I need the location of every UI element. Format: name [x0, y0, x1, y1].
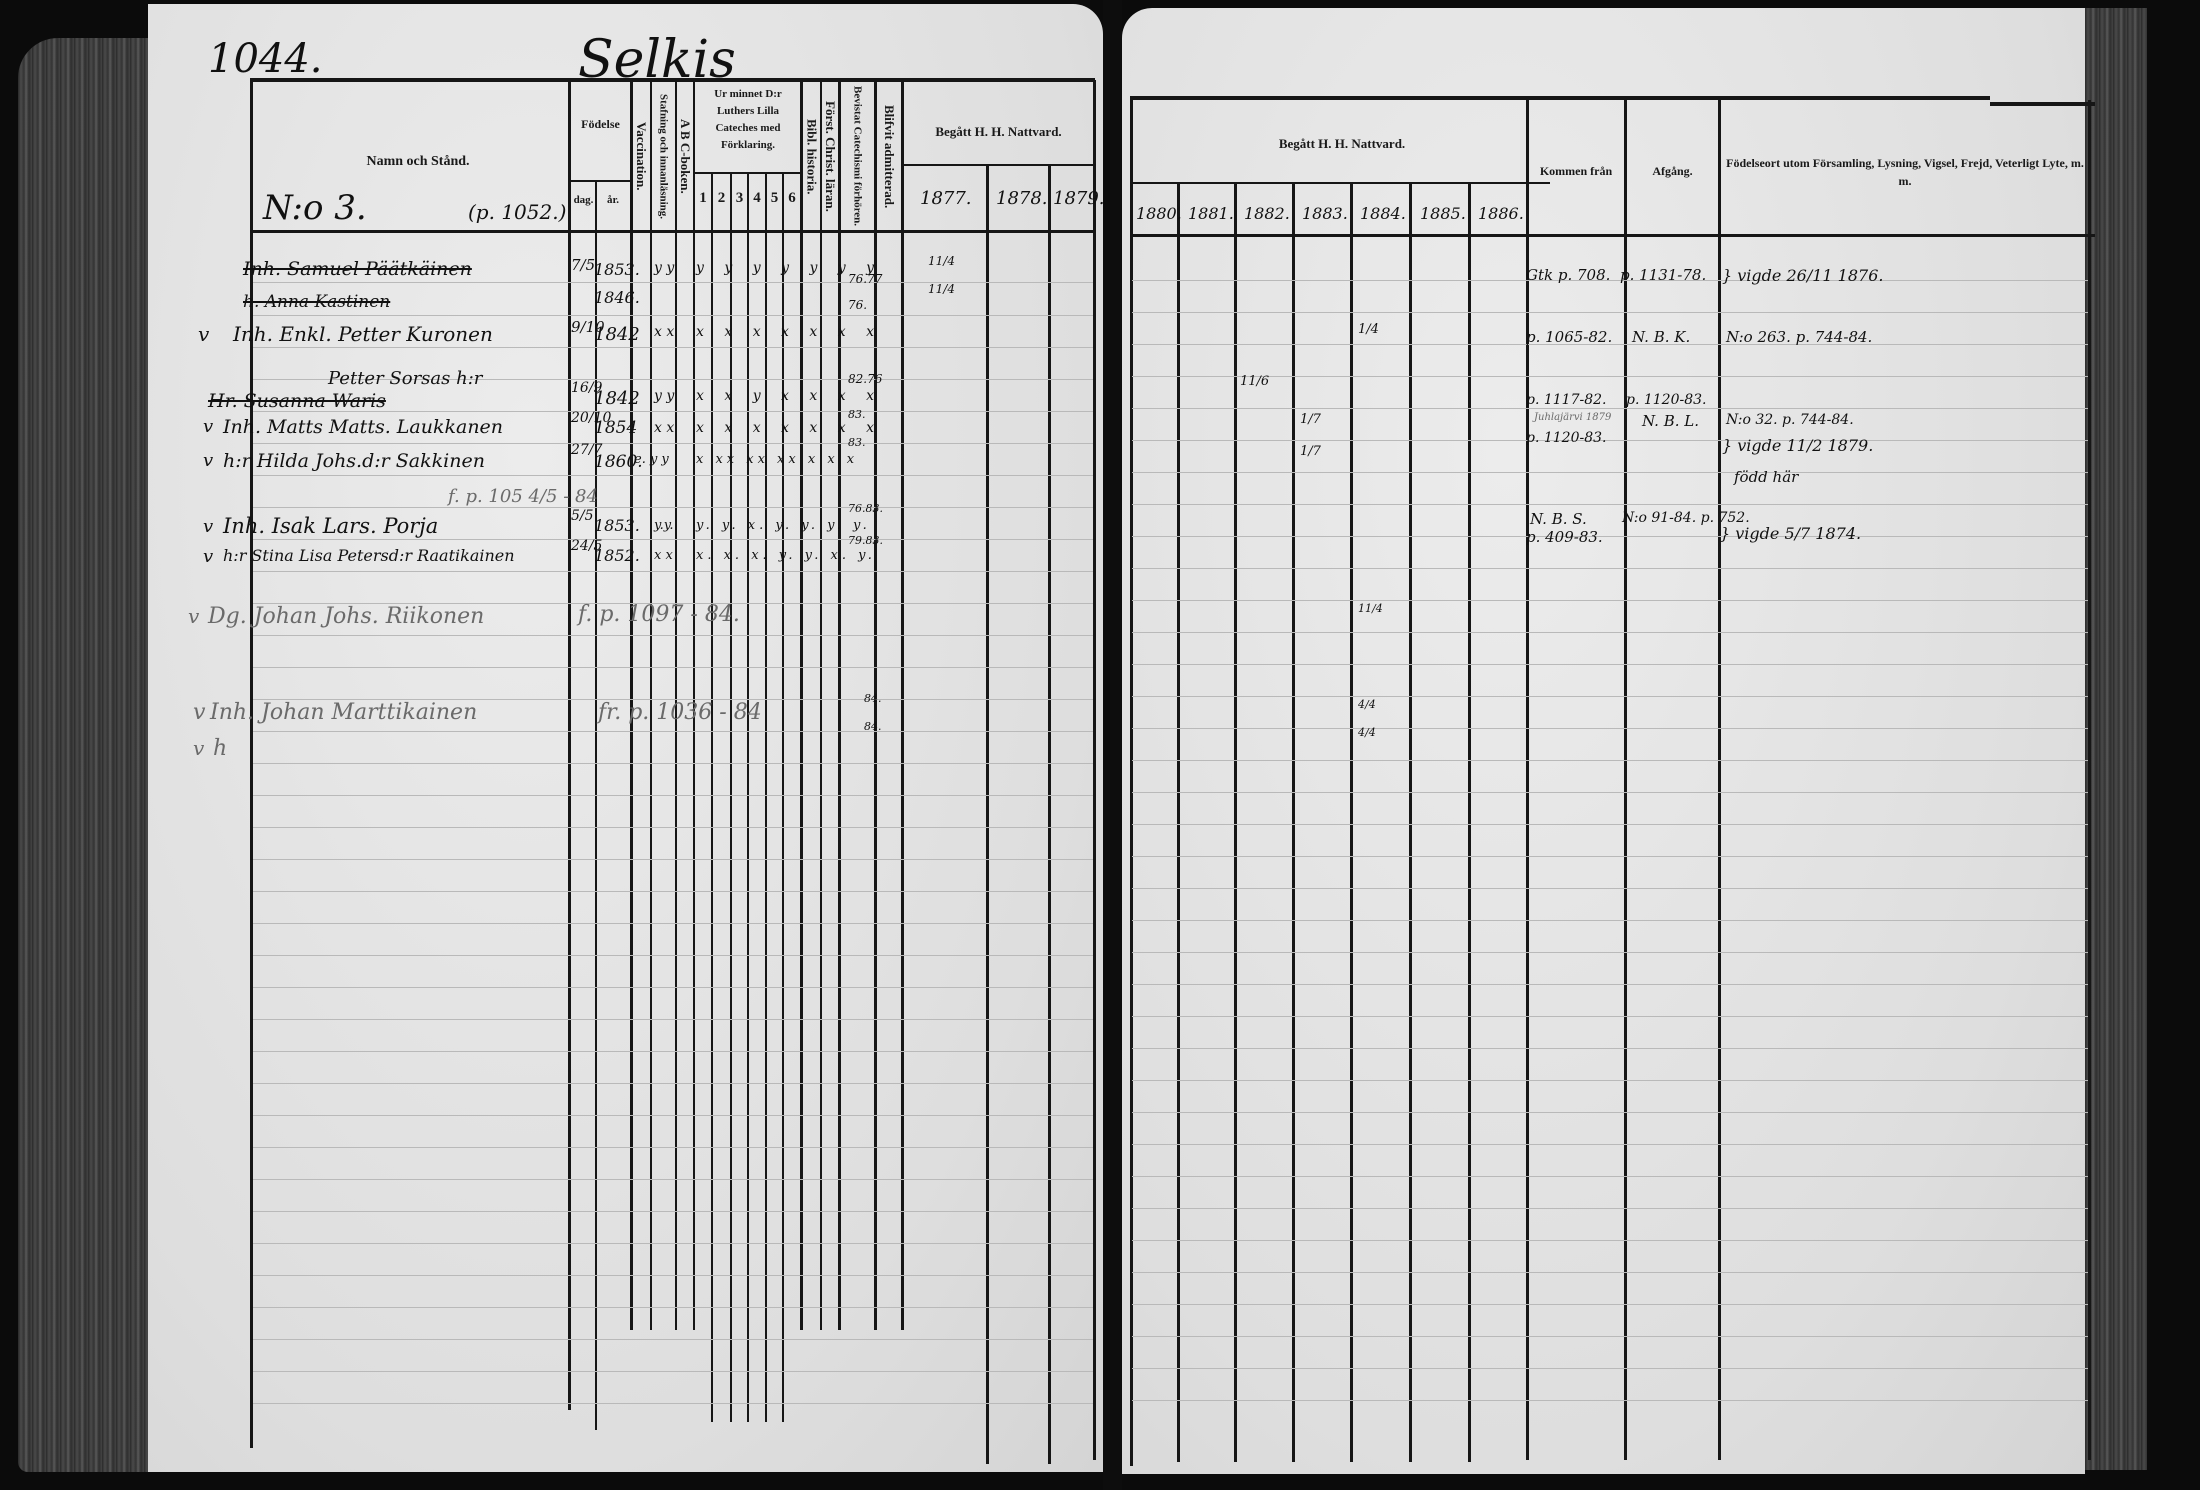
- ruled-line: [253, 795, 1093, 796]
- ruled-line: [1132, 632, 2088, 633]
- reading-mark: x x: [654, 548, 673, 563]
- ruled-line: [253, 635, 1093, 636]
- table-right-border: [1093, 80, 1096, 1460]
- reading-mark: y.y.: [654, 518, 674, 533]
- header-birth-year: år.: [598, 194, 628, 206]
- check-mark: v: [193, 736, 204, 760]
- header-year-1882: 1882.: [1244, 204, 1290, 223]
- header-admitted: Blifvit admitterad.: [877, 84, 901, 229]
- person-name: Inh. Isak Lars. Porja: [223, 514, 438, 538]
- ruled-line: [253, 1083, 1093, 1084]
- y1883-divider: [1350, 182, 1353, 1462]
- birth-year: 1854: [594, 418, 637, 438]
- catechism-marks: x x y x x x x: [696, 388, 882, 404]
- table-right-border: [2088, 100, 2091, 1460]
- ruled-line: [253, 475, 1093, 476]
- y1877-divider: [986, 164, 989, 1464]
- y1884-divider: [1409, 182, 1412, 1462]
- y1881-divider: [1234, 182, 1237, 1462]
- communion-mark: 4/4: [1358, 726, 1376, 739]
- check-mark: v: [203, 516, 213, 537]
- ruled-line: [1132, 1240, 2088, 1241]
- header-year-1878: 1878.: [996, 188, 1048, 209]
- admitted-col-divider: [901, 80, 904, 1330]
- ruled-line: [253, 1275, 1093, 1276]
- check-mark: v: [193, 700, 205, 725]
- remarks: N:o 263. p. 744-84.: [1726, 328, 1872, 346]
- transfer-note: fr. p. 1036 - 84: [598, 700, 762, 725]
- ruled-line: [1132, 568, 2088, 569]
- y1882-divider: [1292, 182, 1295, 1462]
- reading-mark: x x: [654, 324, 674, 340]
- header-year-1884: 1884.: [1360, 204, 1406, 223]
- ruled-line: [253, 347, 1093, 348]
- catechism-marks: x xx xx xx x x x: [696, 452, 858, 467]
- header-cat-2: 2: [713, 190, 730, 207]
- ruled-line: [1132, 600, 2088, 601]
- table-left-border: [1130, 96, 1133, 1466]
- ruled-line: [253, 667, 1093, 668]
- hearings: 83.: [848, 436, 866, 449]
- communion-mark: 11/4: [1358, 602, 1383, 615]
- ruled-line: [1132, 1016, 2088, 1017]
- header-communion: Begått H. H. Nattvard.: [1152, 136, 1532, 152]
- hearings: 84.: [864, 692, 882, 705]
- ruled-line: [1132, 312, 2088, 313]
- ruled-line: [1132, 920, 2088, 921]
- person-name: Dg. Johan Johs. Riikonen: [208, 604, 484, 629]
- communion-mark: 1/7: [1300, 444, 1321, 459]
- cat2-divider: [730, 172, 732, 1422]
- person-name: Inh. Matts Matts. Laukkanen: [223, 416, 503, 438]
- ruled-line: [1132, 408, 2088, 409]
- birth-year: 1853.: [594, 260, 640, 279]
- remarks: } vigde 26/11 1876.: [1722, 266, 1883, 285]
- check-mark: v: [188, 604, 199, 628]
- header-bottom-border: [250, 230, 1095, 233]
- ruled-line: [253, 571, 1093, 572]
- ruled-line: [253, 987, 1093, 988]
- header-year-1880: 1880.: [1136, 204, 1182, 223]
- ruled-line: [253, 315, 1093, 316]
- ruled-line: [253, 539, 1093, 540]
- communion-col-divider: [1526, 100, 1529, 1460]
- departure: N. B. L.: [1642, 412, 1699, 430]
- ruled-line: [253, 507, 1093, 508]
- ruled-line: [1132, 376, 2088, 377]
- hearings: 76.: [848, 298, 867, 312]
- reading-mark: y y: [654, 388, 674, 404]
- ruled-line: [1132, 856, 2088, 857]
- ruled-line: [253, 923, 1093, 924]
- header-bible-history: Bibl. historia.: [803, 84, 820, 229]
- ruled-line: [253, 859, 1093, 860]
- reading-mark: x x: [654, 420, 674, 436]
- book-edge-left: [18, 38, 148, 1472]
- y1885-divider: [1468, 182, 1471, 1462]
- ruled-line: [1132, 440, 2088, 441]
- header-year-1877: 1877.: [920, 188, 972, 209]
- birth-year: 1852.: [594, 546, 640, 565]
- came-from: N. B. S.: [1530, 510, 1587, 528]
- table-top-border: [250, 78, 1095, 82]
- catechism-marks: x. x. x. y. y. x. y.: [696, 548, 876, 563]
- ruled-line: [253, 955, 1093, 956]
- ruled-line: [253, 1307, 1093, 1308]
- ruled-line: [253, 1371, 1093, 1372]
- header-catechism-hearings: Bevistat Catechismi förhören.: [841, 84, 874, 229]
- years-sub-rule: [1130, 182, 1550, 184]
- ruled-line: [253, 891, 1093, 892]
- ruled-line: [1132, 1272, 2088, 1273]
- remarks: } vigde 11/2 1879.: [1722, 436, 1873, 455]
- came-from-divider: [1624, 100, 1627, 1460]
- person-name: Inh. Enkl. Petter Kuronen: [233, 322, 493, 346]
- came-from: p. 1117-82.: [1526, 392, 1607, 408]
- header-abc: A B C-boken.: [677, 84, 693, 229]
- ruled-line: [253, 1243, 1093, 1244]
- ruled-line: [1132, 1336, 2088, 1337]
- page-number: 1044.: [208, 36, 323, 82]
- ruled-line: [1132, 984, 2088, 985]
- ruled-line: [1132, 1048, 2088, 1049]
- ruled-line: [1132, 1304, 2088, 1305]
- y1880-divider: [1177, 182, 1180, 1462]
- household-ref: (p. 1052.): [468, 200, 566, 224]
- reading-mark: e. y y: [634, 452, 669, 467]
- household-number: N:o 3.: [263, 188, 367, 228]
- cat5-divider: [782, 172, 784, 1422]
- y1878-divider: [1048, 164, 1051, 1464]
- check-mark: v: [203, 450, 213, 471]
- cat-sub-rule: [695, 172, 802, 174]
- header-vaccination: Vaccination.: [632, 84, 650, 229]
- header-spelling: Stafning och innanläsning.: [652, 84, 675, 229]
- came-from: p. 1065-82.: [1526, 328, 1612, 346]
- birth-sub-rule: [570, 180, 632, 182]
- came-from: p. 409-83.: [1526, 528, 1603, 546]
- birth-day: 5/5: [571, 508, 594, 524]
- birth-day: 7/5: [571, 256, 595, 274]
- table-top-border: [1130, 96, 1990, 100]
- communion-1877: 11/4: [928, 282, 955, 296]
- ruled-line: [1132, 1112, 2088, 1113]
- remarks: N:o 32. p. 744-84.: [1726, 412, 1854, 428]
- ruled-line: [1132, 1144, 2088, 1145]
- ruled-line: [253, 282, 1093, 283]
- header-year-1879: 1879.: [1053, 188, 1105, 209]
- ruled-line: [253, 1115, 1093, 1116]
- ruled-line: [1132, 952, 2088, 953]
- person-name: h:r Stina Lisa Petersd:r Raatikainen: [223, 546, 515, 565]
- ruled-line: [1132, 1080, 2088, 1081]
- ruled-line: [253, 827, 1093, 828]
- table-top-border-right: [1990, 102, 2095, 106]
- hearings: 82.76: [848, 372, 882, 386]
- ruled-line: [1132, 1368, 2088, 1369]
- transfer-note: f. p. 1097 - 84.: [578, 602, 740, 627]
- header-year-1885: 1885.: [1420, 204, 1466, 223]
- catechism-marks: y. y. x. y. y. y. y.: [696, 518, 871, 533]
- catechism-marks: x x x x x x x: [696, 324, 882, 340]
- check-mark: v: [203, 416, 213, 437]
- header-catechism: Ur minnet D:r Luthers Lilla Cateches med…: [696, 86, 800, 154]
- ruled-line: [253, 1147, 1093, 1148]
- departure: p. 1131-78.: [1620, 266, 1706, 284]
- ruled-line: [253, 443, 1093, 444]
- ruled-line: [253, 1019, 1093, 1020]
- ruled-line: [1132, 888, 2088, 889]
- header-cat-3: 3: [732, 190, 747, 207]
- remarks: född här: [1734, 468, 1798, 486]
- ruled-line: [1132, 760, 2088, 761]
- birth-year: 1853.: [594, 516, 640, 535]
- header-birth-day: dag.: [571, 194, 596, 206]
- communion-mark: 11/6: [1240, 374, 1269, 389]
- reading-mark: y y: [654, 260, 674, 276]
- person-name: h. Anna Kastinen: [243, 292, 390, 312]
- ruled-line: [1132, 1400, 2088, 1401]
- departure: p. 1120-83.: [1626, 392, 1707, 408]
- book-edge-right: [2085, 8, 2147, 1470]
- ruled-line: [253, 731, 1093, 732]
- came-from: p. 1120-83.: [1526, 430, 1607, 446]
- header-cat-4: 4: [749, 190, 765, 207]
- ruled-line: [253, 1211, 1093, 1212]
- header-bottom-border: [1130, 234, 2095, 237]
- person-name: Inh. Johan Marttikainen: [210, 700, 477, 725]
- header-came-from: Kommen från: [1528, 164, 1624, 179]
- birth-year: 1842: [594, 324, 640, 345]
- cat1-divider: [711, 172, 713, 1422]
- book-gutter: [1103, 0, 1122, 1490]
- header-cat-1: 1: [695, 190, 711, 207]
- check-mark: v: [203, 546, 213, 567]
- ruled-line: [1132, 472, 2088, 473]
- departure-divider: [1718, 100, 1721, 1460]
- ruled-line: [253, 1051, 1093, 1052]
- ruled-line: [1132, 792, 2088, 793]
- catechism-marks: x x x x x x x: [696, 420, 882, 436]
- left-page: 1044. Selkis Namn och Stånd. Födelse dag…: [148, 4, 1103, 1472]
- cat4-divider: [765, 172, 767, 1422]
- ruled-line: [1132, 824, 2088, 825]
- came-from: Gtk p. 708.: [1526, 266, 1610, 284]
- ruled-line: [253, 763, 1093, 764]
- ruled-line: [1132, 696, 2088, 697]
- header-year-1881: 1881.: [1188, 204, 1234, 223]
- ruled-line: [253, 1339, 1093, 1340]
- communion-mark: 1/7: [1300, 412, 1321, 427]
- added-name-above: Petter Sorsas h:r: [328, 368, 482, 389]
- birth-year: 1842: [594, 388, 640, 409]
- header-year-1886: 1886.: [1478, 204, 1524, 223]
- communion-mark: 4/4: [1358, 698, 1376, 711]
- birth-year: 1846.: [594, 288, 640, 307]
- header-birth: Födelse: [573, 117, 628, 132]
- person-name: h:r Hilda Johs.d:r Sakkinen: [223, 450, 485, 472]
- remarks: } vigde 5/7 1874.: [1720, 524, 1861, 543]
- header-name: Namn och Stånd.: [308, 154, 528, 170]
- header-cat-6: 6: [784, 190, 800, 207]
- ruled-line: [1132, 1208, 2088, 1209]
- header-year-1883: 1883.: [1302, 204, 1348, 223]
- person-name: Hr. Susanna Waris: [208, 390, 386, 412]
- hearings: 83.: [848, 408, 866, 421]
- communion-1877: 11/4: [928, 254, 955, 268]
- hearings: 76.77: [848, 272, 882, 286]
- ruled-line: [253, 1403, 1093, 1404]
- right-page: Begått H. H. Nattvard. 1880. 1881. 1882.…: [1122, 8, 2085, 1474]
- header-communion: Begått H. H. Nattvard.: [906, 124, 1091, 140]
- header-christ-doctrine: Först. Christ. läran.: [822, 84, 838, 229]
- ruled-line: [1132, 504, 2088, 505]
- hearings: 79.83.: [848, 534, 883, 547]
- transfer-note: f. p. 105 4/5 - 84: [448, 486, 598, 507]
- ruled-line: [1132, 728, 2088, 729]
- ruled-line: [1132, 1176, 2088, 1177]
- check-mark: v: [198, 322, 209, 346]
- ruled-line: [253, 1179, 1093, 1180]
- header-cat-5: 5: [767, 190, 782, 207]
- person-name: h: [213, 736, 227, 761]
- departure: N. B. K.: [1632, 328, 1690, 346]
- hearings: 84.: [864, 720, 882, 733]
- header-remarks: Födelseort utom Församling, Lysning, Vig…: [1722, 154, 2088, 190]
- cat3-divider: [747, 172, 749, 1422]
- communion-mark: 1/4: [1358, 322, 1379, 337]
- years-sub-rule: [903, 164, 1095, 166]
- header-departure: Afgång.: [1627, 164, 1718, 179]
- ruled-line: [1132, 536, 2088, 537]
- came-from: Juhlajärvi 1879: [1534, 412, 1611, 423]
- person-name: Inh. Samuel Päätkäinen: [243, 258, 472, 280]
- ruled-line: [1132, 664, 2088, 665]
- hearings: 76.83.: [848, 502, 883, 515]
